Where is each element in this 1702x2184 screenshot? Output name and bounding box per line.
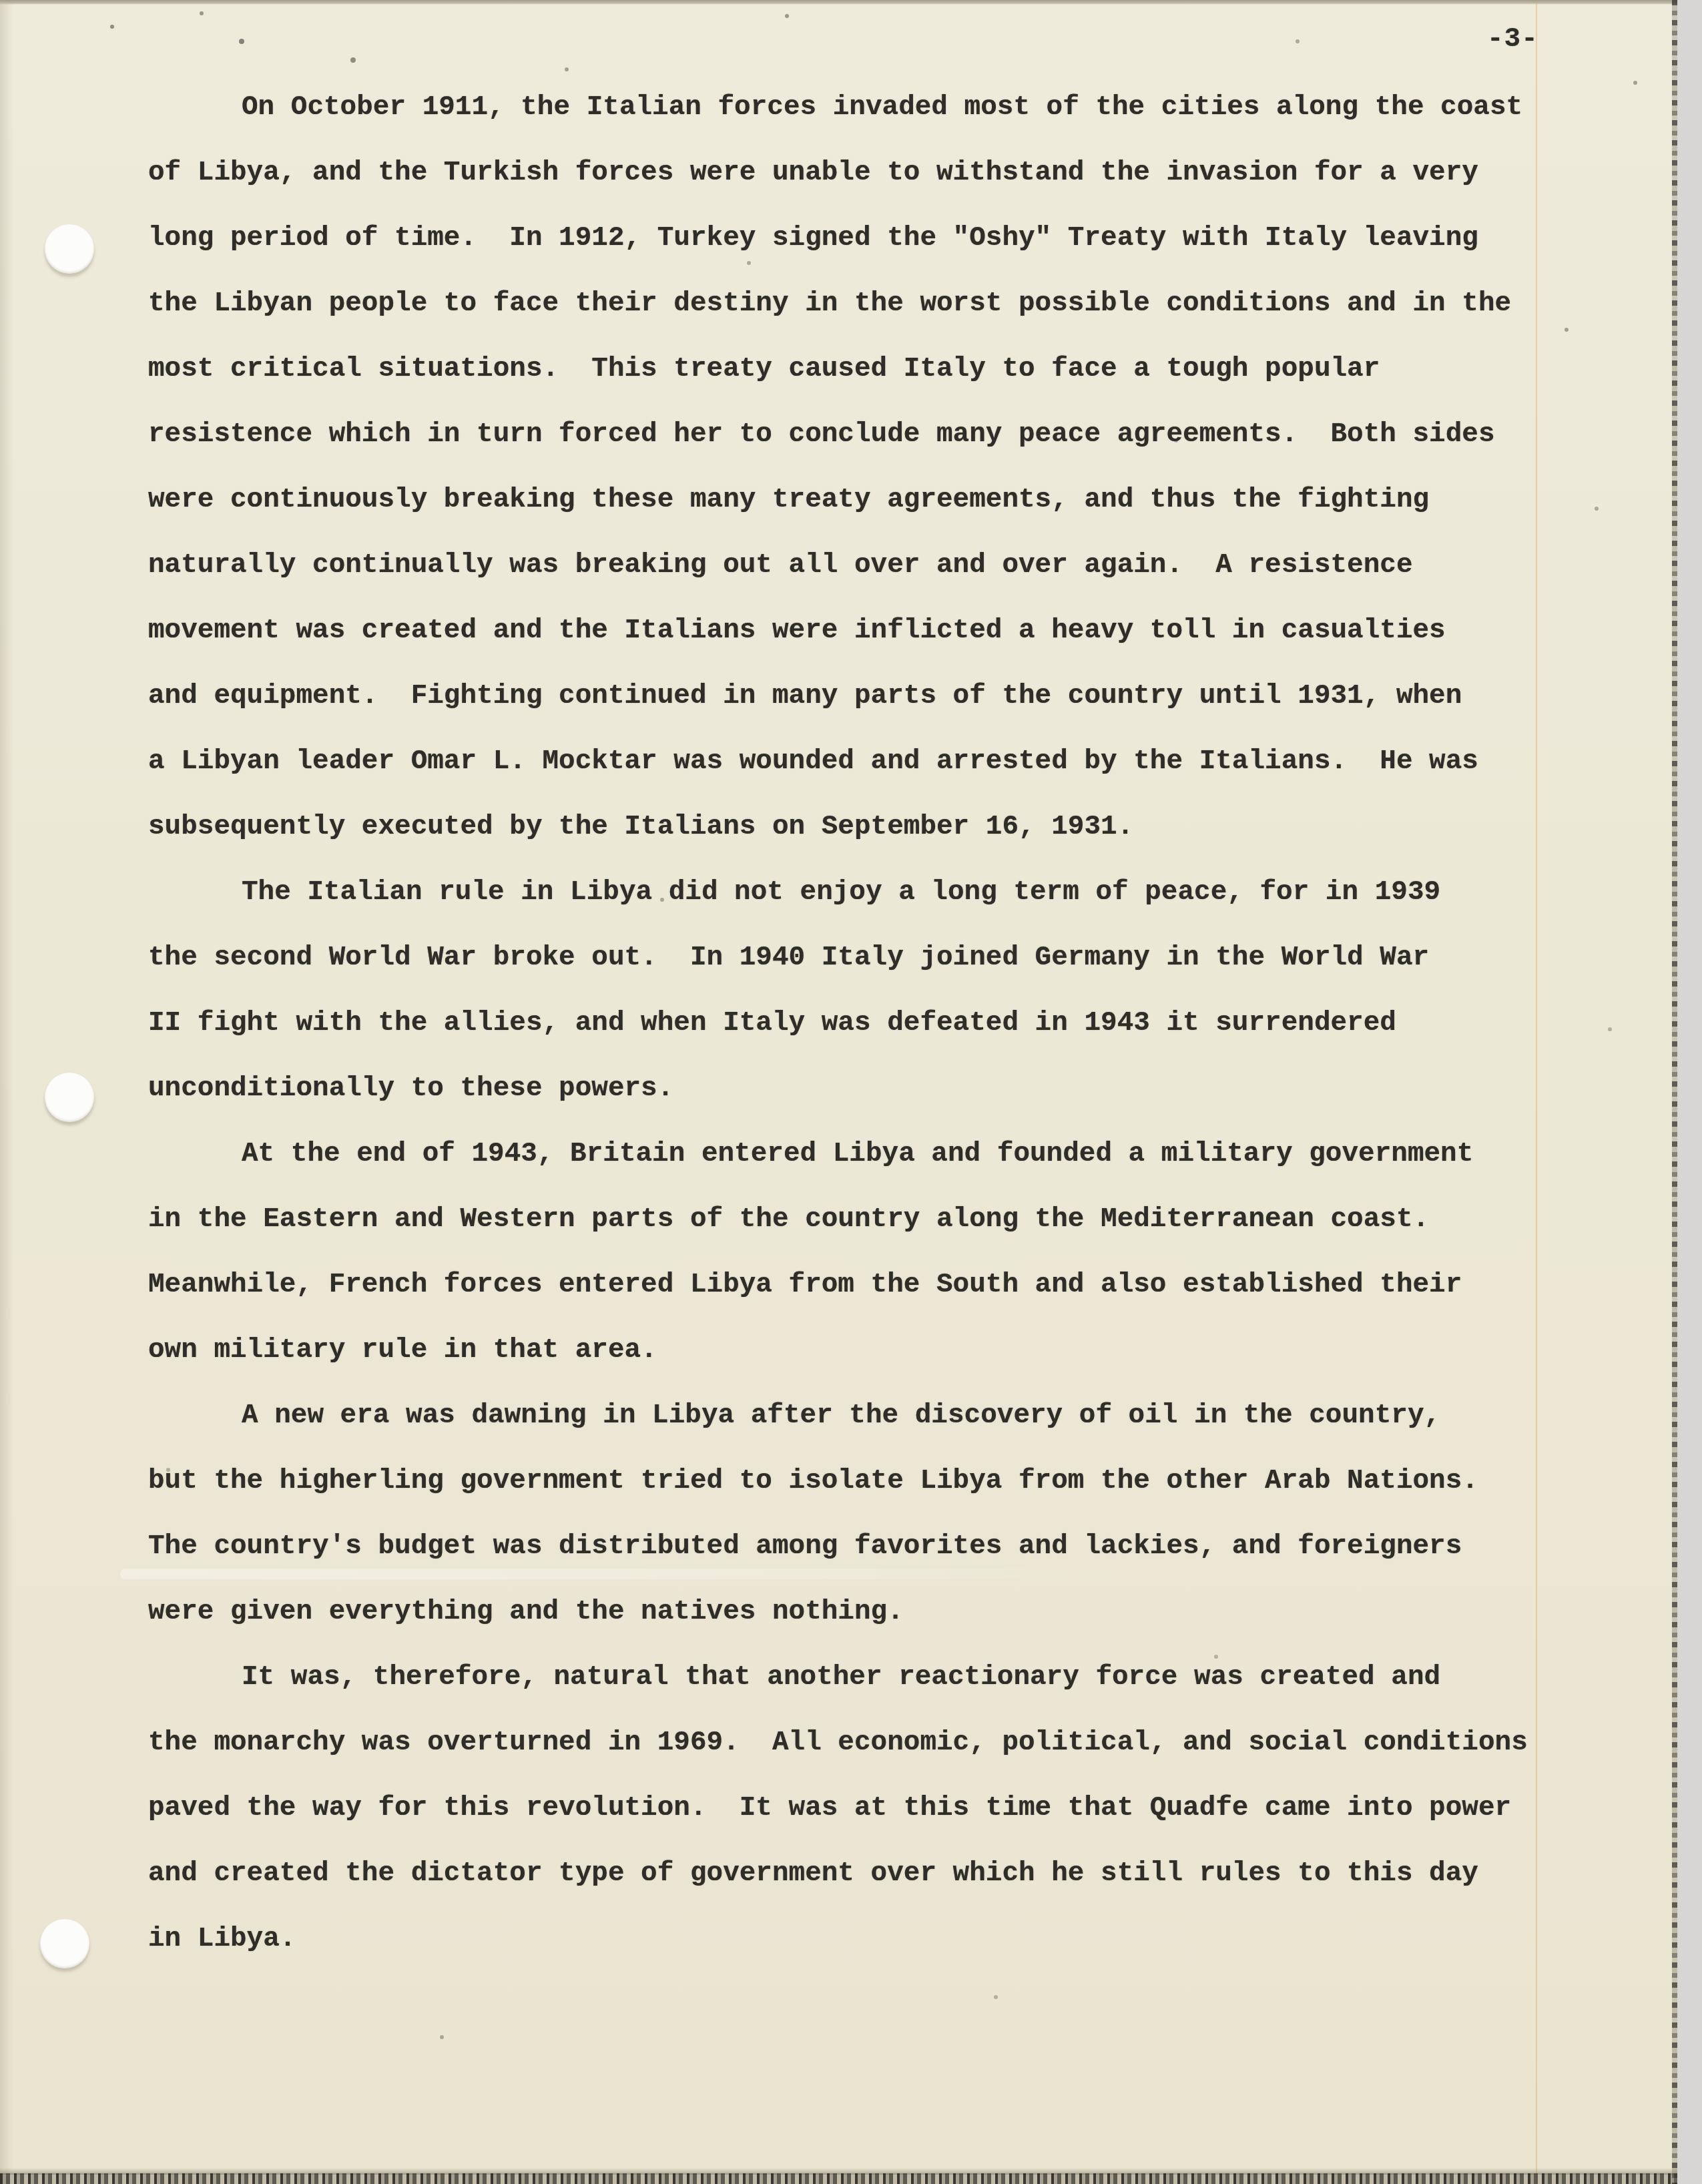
page-number: -3- xyxy=(1487,24,1538,55)
typed-line: the Libyan people to face their destiny … xyxy=(148,271,1603,336)
hole-punch-middle xyxy=(45,1073,94,1122)
top-scan-edge xyxy=(0,0,1677,5)
typed-line: of Libya, and the Turkish forces were un… xyxy=(148,140,1603,206)
right-paper-edge xyxy=(1672,0,1677,2184)
bottom-scan-edge xyxy=(0,2173,1677,2184)
typewritten-text: On October 1911, the Italian forces inva… xyxy=(148,75,1603,1972)
typed-line: own military rule in that area. xyxy=(148,1318,1603,1383)
typed-line: a Libyan leader Omar L. Mocktar was woun… xyxy=(148,729,1603,794)
typed-line: the second World War broke out. In 1940 … xyxy=(148,925,1603,991)
typed-line: At the end of 1943, Britain entered Liby… xyxy=(148,1121,1603,1187)
typed-line: in the Eastern and Western parts of the … xyxy=(148,1187,1603,1252)
typed-line: resistence which in turn forced her to c… xyxy=(148,402,1603,467)
hole-punch-top xyxy=(45,224,94,274)
typed-line: were continuously breaking these many tr… xyxy=(148,467,1603,533)
typed-line: The country's budget was distributed amo… xyxy=(148,1514,1603,1579)
typed-line: most critical situations. This treaty ca… xyxy=(148,336,1603,402)
typed-line: subsequently executed by the Italians on… xyxy=(148,794,1603,860)
typed-line: It was, therefore, natural that another … xyxy=(148,1645,1603,1710)
typed-line: movement was created and the Italians we… xyxy=(148,598,1603,663)
typed-line: the monarchy was overturned in 1969. All… xyxy=(148,1710,1603,1776)
typed-line: long period of time. In 1912, Turkey sig… xyxy=(148,206,1603,271)
scanned-page: -3- On October 1911, the Italian forces … xyxy=(0,0,1677,2184)
left-edge-shading xyxy=(0,0,13,2184)
typed-line: paved the way for this revolution. It wa… xyxy=(148,1776,1603,1841)
typed-line: Meanwhile, French forces entered Libya f… xyxy=(148,1252,1603,1318)
typed-line: and created the dictator type of governm… xyxy=(148,1841,1603,1906)
typed-line: and equipment. Fighting continued in man… xyxy=(148,663,1603,729)
typed-line: unconditionally to these powers. xyxy=(148,1056,1603,1121)
typed-line: A new era was dawning in Libya after the… xyxy=(148,1383,1603,1448)
typed-line: but the higherling government tried to i… xyxy=(148,1448,1603,1514)
typed-line: On October 1911, the Italian forces inva… xyxy=(148,75,1603,140)
typed-line: The Italian rule in Libya did not enjoy … xyxy=(148,860,1603,925)
typed-line: were given everything and the natives no… xyxy=(148,1579,1603,1645)
typed-line: naturally continually was breaking out a… xyxy=(148,533,1603,598)
typed-line: in Libya. xyxy=(148,1906,1603,1972)
hole-punch-bottom xyxy=(40,1919,89,1968)
typed-line: II fight with the allies, and when Italy… xyxy=(148,991,1603,1056)
